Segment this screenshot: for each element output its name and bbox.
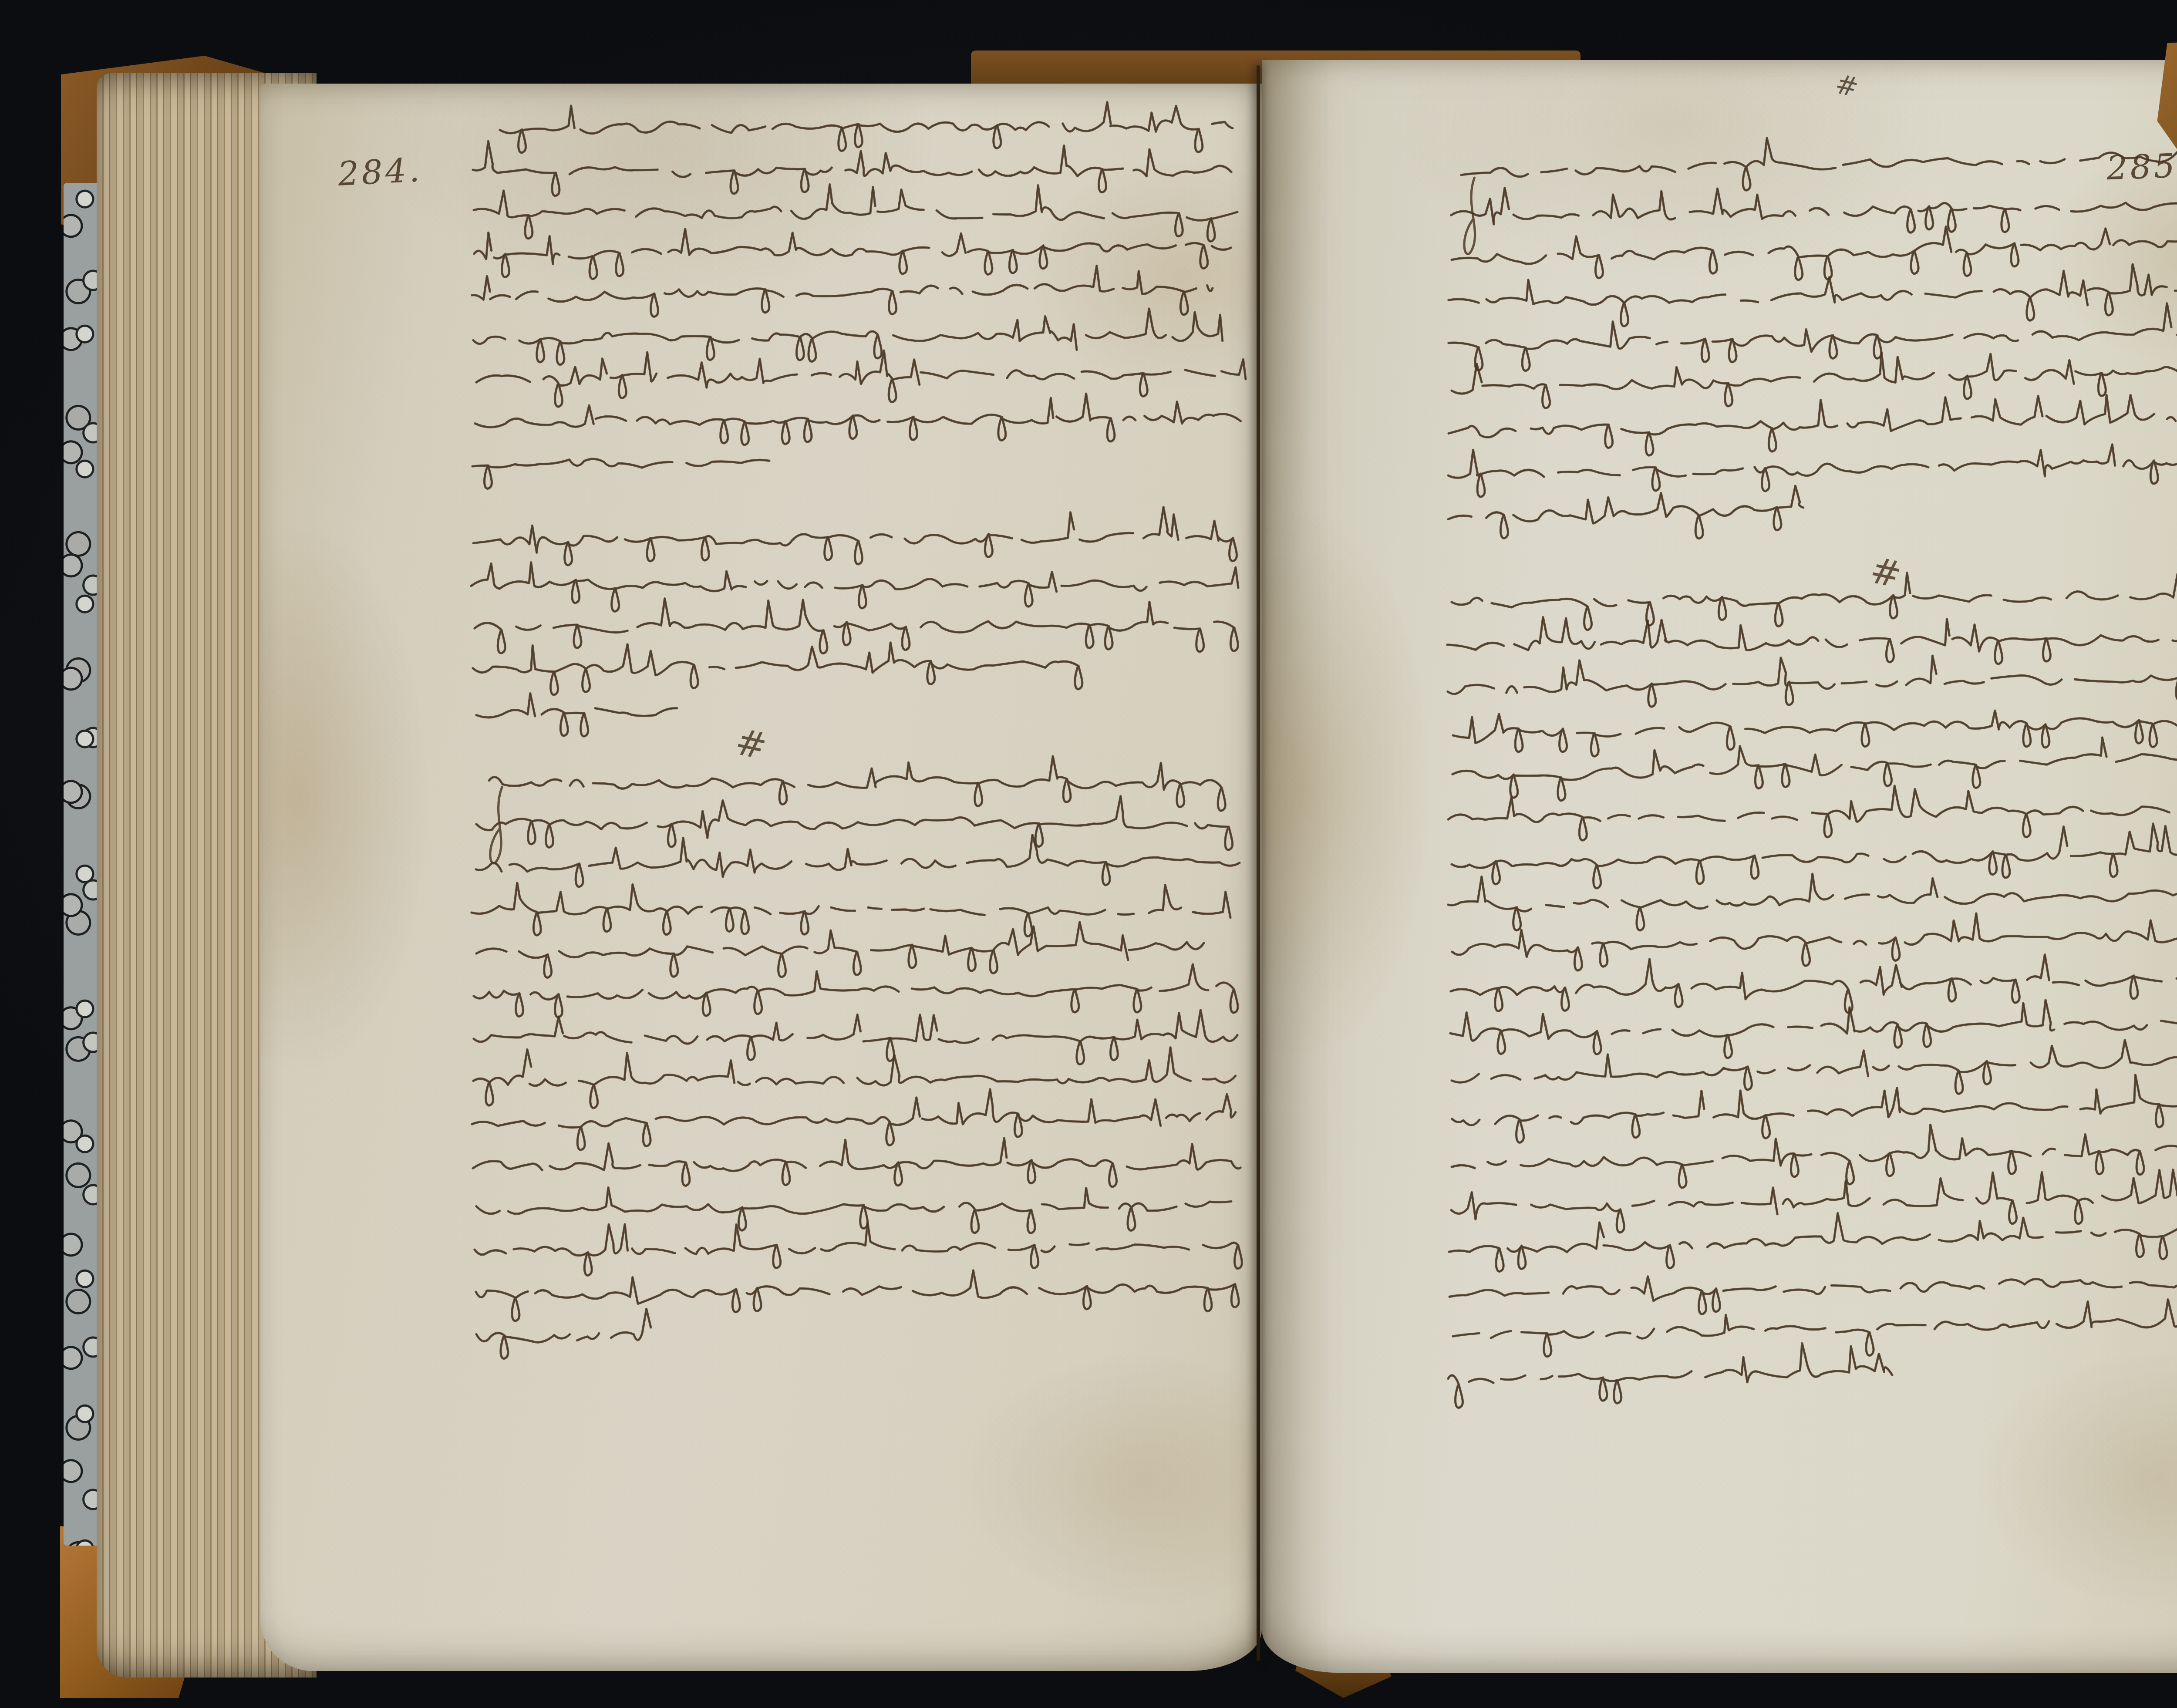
handwriting-line [472,427,773,501]
manuscript-photograph: 284. # # 285. # [0,0,2177,1708]
ink-stroke [472,459,769,489]
ink-stroke [1448,486,1804,545]
right-page: # 285. # [1262,60,2177,1673]
handwriting-line [1447,1334,1893,1417]
handwriting-line [476,1300,642,1374]
ink-stroke [476,692,677,737]
gutter-shadow [1257,65,1260,1661]
ink-stroke [476,692,677,737]
page-number-left: 284. [337,150,423,193]
handwriting-line [1447,472,1804,555]
ink-stroke [1448,1341,1906,1408]
left-page: 284. # [260,84,1262,1671]
section-mark-top: # [1833,67,1861,103]
ink-stroke [1448,1341,1906,1408]
handwriting-line [476,674,677,749]
ink-stroke [476,1309,651,1359]
